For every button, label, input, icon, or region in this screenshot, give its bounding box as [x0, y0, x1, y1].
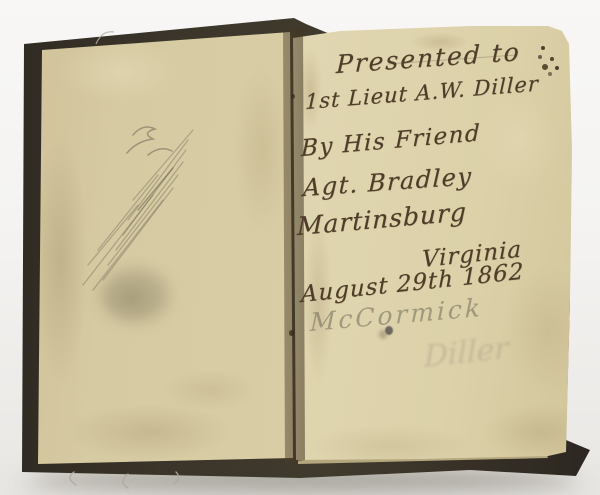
ink-smudge-dot: [385, 326, 393, 335]
ink-speck-cluster: [541, 46, 545, 50]
frayed-cover-threads: [66, 466, 196, 492]
photo-open-antique-book: Presented to 1st Lieut A.W. Diller By Hi…: [0, 0, 600, 495]
gutter-ink-spot: [291, 94, 295, 99]
cover-corner-thread: [92, 26, 122, 48]
gutter-ink-spot: [289, 330, 294, 336]
pencil-smudge: [100, 268, 170, 323]
